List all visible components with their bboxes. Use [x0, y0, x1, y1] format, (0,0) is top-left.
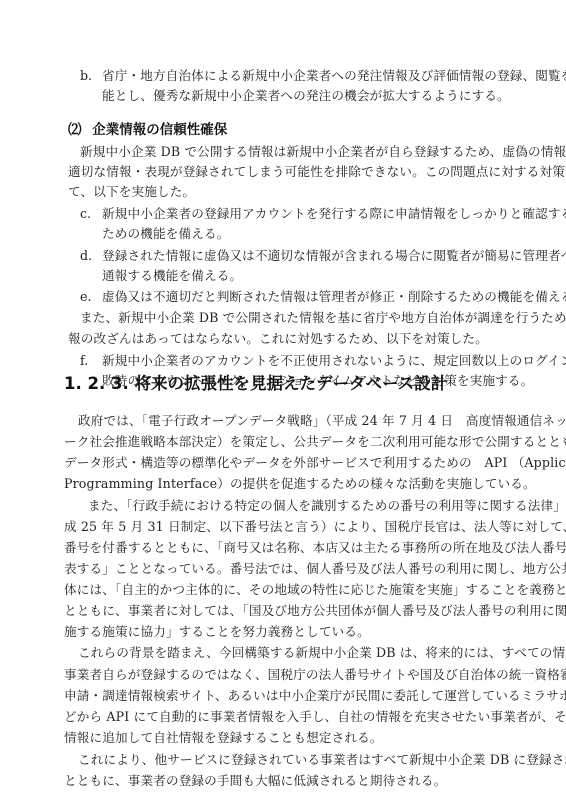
body-line: Programming Interface）の提供を促進するための様々な活動を実…: [64, 476, 536, 492]
document-page: b. 省庁・地方自治体による新規中小企業者への発注情報及び評価情報の登録、閲覧を…: [0, 0, 566, 800]
list-marker-b: b.: [80, 68, 92, 84]
item-f-line-1: 新規中小企業者のアカウントを不正使用されないように、規定回数以上のログイン失: [102, 353, 566, 369]
body-line: 申請・調達情報検索サイト、あるいは中小企業庁が民間に委託して運営しているミラサポ…: [64, 688, 566, 704]
list-marker-f: f.: [80, 353, 88, 369]
body-line: 番号を付番するとともに、「商号又は名称、本店又は主たる事務所の所在地及び法人番号…: [64, 540, 566, 556]
body-line: どから API にて自動的に事業者情報を入手し、自社の情報を充実させたい事業者が…: [64, 709, 566, 725]
body-line: とともに、事業者の登録の手間も大幅に低減されると期待される。: [64, 773, 446, 789]
para-line: また、新規中小企業 DB で公開された情報を基に省庁や地方自治体が調達を行うため…: [80, 310, 566, 326]
item-c-line-2: ための機能を備える。: [102, 226, 229, 242]
list-marker-e: e.: [80, 289, 91, 305]
body-line: また、「行政手続における特定の個人を識別するための番号の利用等に関する法律」（平: [88, 498, 566, 514]
body-line: 成 25 年 5 月 31 日制定、以下番号法と言う）により、国税庁長官は、法人…: [64, 519, 566, 535]
section-number: ⑵: [68, 122, 82, 138]
para-line: 新規中小企業 DB で公開する情報は新規中小企業者が自ら登録するため、虚偽の情報…: [80, 144, 566, 160]
section-heading-2: ⑵ 企業情報の信頼性確保: [68, 121, 227, 139]
body-line: 情報に追加して自社情報を登録することも想定される。: [64, 730, 383, 746]
list-marker-d: d.: [80, 248, 92, 264]
para-line: 報の改ざんはあってはならない。これに対処するため、以下を対策した。: [68, 331, 488, 347]
body-line: 事業者自らが登録するのではなく、国税庁の法人番号サイトや国及び自治体の統一資格審…: [64, 667, 566, 683]
body-line: 施する施策に協力」することを努力義務としている。: [64, 624, 370, 640]
body-line: これらの背景を踏まえ、今回構築する新規中小企業 DB は、将来的には、すべての情…: [78, 645, 566, 661]
item-b-line-2: 能とし、優秀な新規中小企業者への発注の機会が拡大するようにする。: [102, 88, 510, 104]
body-line: 政府では、「電子行政オープンデータ戦略」（平成 24 年 7 月 4 日 高度情…: [78, 413, 566, 429]
body-line: 表する」こととなっている。番号法では、個人番号及び法人番号の利用に関し、地方公共…: [64, 561, 566, 577]
body-line: 体には、「自主的かつ主体的に、その地域の特性に応じた施策を実施」することを義務と…: [64, 582, 566, 598]
section-title: 企業情報の信頼性確保: [92, 122, 227, 138]
para-line: て、以下を実施した。: [68, 184, 195, 200]
item-c-line-1: 新規中小企業者の登録用アカウントを発行する際に申請情報をしっかりと確認する: [102, 206, 566, 222]
body-line: これにより、他サービスに登録されている事業者はすべて新規中小企業 DB に登録さ…: [78, 752, 566, 768]
list-marker-c: c.: [80, 206, 91, 222]
body-line: データ形式・構造等の標準化やデータを外部サービスで利用するための API （Ap…: [64, 455, 566, 471]
item-d-line-2: 通報する機能を備える。: [102, 268, 242, 284]
body-line: とともに、事業者に対しては、「国及び地方公共団体が個人番号及び法人番号の利用に関…: [64, 603, 566, 619]
body-line: ーク社会推進戦略本部決定）を策定し、公共データを二次利用可能な形で公開するととも…: [64, 434, 566, 450]
section-heading-1-2-3: 1. 2. 3. 将来の拡張性を見据えたデータベース設計: [64, 373, 447, 395]
para-line: 適切な情報・表現が登録されてしまう可能性を排除できない。この問題点に対する対策と…: [68, 164, 566, 180]
item-b-line-1: 省庁・地方自治体による新規中小企業者への発注情報及び評価情報の登録、閲覧を可: [102, 68, 566, 84]
item-e-line-1: 虚偽又は不適切だと判断された情報は管理者が修正・削除するための機能を備える。: [102, 289, 566, 305]
item-d-line-1: 登録された情報に虚偽又は不適切な情報が含まれる場合に閲覧者が簡易に管理者へ: [102, 248, 566, 264]
